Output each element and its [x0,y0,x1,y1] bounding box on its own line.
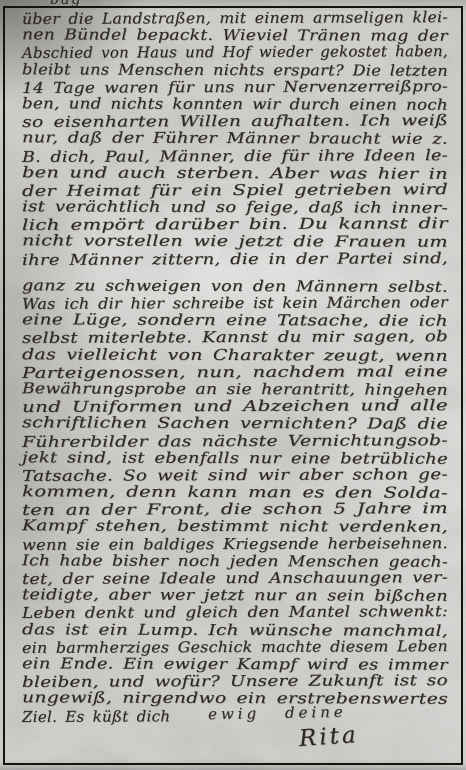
signature: Rita [298,722,359,752]
handwritten-line: das ist ein Lump. Ich wünsche manchmal, [22,620,448,639]
handwritten-line: nen Bündel bepackt. Wieviel Tränen mag d… [22,25,448,44]
handwritten-line-text: Abschied von Haus und Hof wieder gekoste… [22,42,448,62]
clipped-text-fragment: bag [50,0,82,8]
handwritten-line: Kampf stehen, bestimmt nicht verdenken, [22,517,448,536]
handwritten-line: 14 Tage waren für uns nur Nervenzerreißp… [22,77,448,96]
handwritten-line: nicht vorstellen wie jetzt die Frauen um [22,232,448,251]
handwritten-line-text: B. dich, Paul, Männer, die für ihre Idee… [22,146,448,166]
handwritten-line: bleibt uns Menschen nichts erspart? Die … [22,60,448,79]
handwritten-line: ein Ende. Ein ewiger Kampf wird es immer [22,654,448,673]
handwritten-line: Parteigenossen, nun, nachdem mal eine [22,362,448,381]
handwritten-line: so eisenharten Willen aufhalten. Ich wei… [22,111,448,130]
handwritten-line-text: Führerbilder das nächste Vernichtungsob- [22,431,448,451]
handwritten-line: Was ich dir hier schreibe ist kein Märch… [22,293,448,312]
handwritten-line-text: Kampf stehen, bestimmt nicht verdenken, [22,517,448,536]
handwritten-line: ist verächtlich und so feige, daß ich in… [22,197,448,216]
handwritten-line: kommen, denn kann man es den Solda- [22,482,448,501]
handwritten-line: Abschied von Haus und Hof wieder gekoste… [22,42,448,61]
handwritten-line: bleiben, und wofür? Unsere Zukunft ist s… [22,671,448,690]
handwritten-line: nur, daß der Führer Männer braucht wie z… [22,129,448,148]
handwritten-line: ben, und nichts konnten wir durch einen … [22,94,448,113]
handwritten-line-text: selbst miterlebte. Kannst du mir sagen, … [22,327,448,347]
handwritten-line: ihre Männer zittern, die in der Partei s… [22,249,448,268]
handwritten-line: das vielleicht von Charakter zeugt, wenn [22,345,448,364]
handwritten-line: Ich habe bisher noch jeden Menschen geac… [22,551,448,570]
handwritten-line: ben und auch sterben. Aber was hier in [22,163,448,182]
handwritten-line: der Heimat für ein Spiel getrieben wird [22,180,448,199]
handwritten-line: und Uniformen und Abzeichen und alle [22,396,448,415]
handwritten-line-text: Leben denkt und gleich den Mantel schwen… [22,602,448,622]
handwritten-line: Führerbilder das nächste Vernichtungsob- [22,431,448,450]
handwritten-line-text: Ziel. Es küßt dich [22,707,170,726]
handwritten-line: ein barmherziges Geschick machte diesem … [22,637,448,656]
handwritten-line: ganz zu schweigen von den Männern selbst… [22,276,448,295]
handwritten-line-text: nicht vorstellen wie jetzt die Frauen um [22,232,448,251]
handwritten-line-text: schriftlichen Sachen vernichten? Daß die [22,414,448,433]
handwritten-line: wenn sie ein baldiges Kriegsende herbeis… [22,534,448,553]
letter-body: über die Landstraßen, mit einem armselig… [22,9,448,724]
handwritten-line: Bewährungsprobe an sie herantritt, hinge… [22,379,448,398]
handwritten-line: Tatsache. So weit sind wir aber schon ge… [22,465,448,484]
handwritten-line: über die Landstraßen, mit einem armselig… [22,8,448,27]
handwritten-line-text: ihre Männer zittern, die in der Partei s… [22,249,448,269]
letter-scan-page: bag über die Landstraßen, mit einem arms… [0,0,466,770]
handwritten-line: tet, der seine Ideale und Anschauungen v… [22,568,448,587]
handwritten-line: teidigte, aber wer jetzt nur an sein biß… [22,585,448,604]
handwritten-line: jekt sind, ist ebenfalls nur eine betrüb… [22,448,448,467]
handwritten-line: selbst miterlebte. Kannst du mir sagen, … [22,327,448,346]
handwritten-line: eine Lüge, sondern eine Tatsache, die ic… [22,310,448,329]
handwritten-line: schriftlichen Sachen vernichten? Daß die [22,414,448,433]
handwritten-line: Leben denkt und gleich den Mantel schwen… [22,602,448,621]
handwritten-line: B. dich, Paul, Männer, die für ihre Idee… [22,146,448,165]
letter-closing: ewig deine [208,703,347,723]
handwritten-line-text: nur, daß der Führer Männer braucht wie z… [22,129,448,148]
